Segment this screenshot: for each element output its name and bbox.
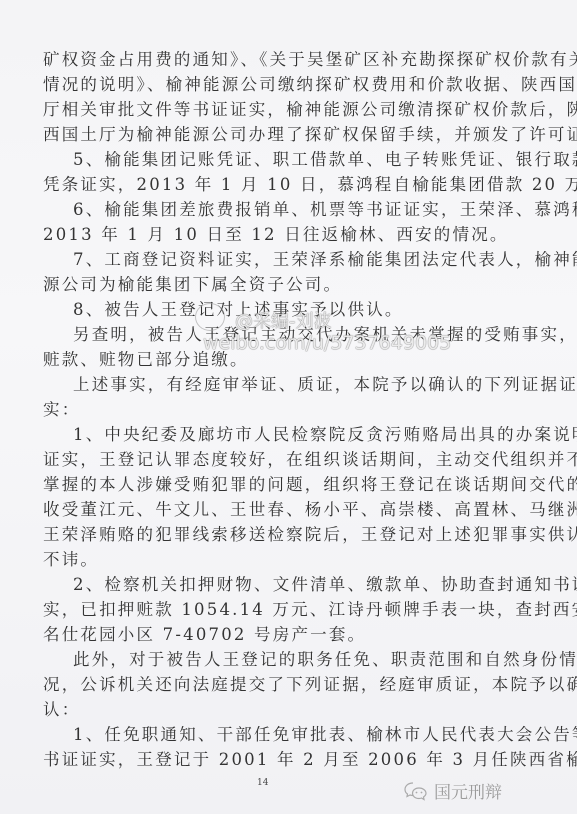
text-line: 收受董江元、牛文儿、王世春、杨小平、高崇楼、高置林、马继洲、 bbox=[43, 500, 540, 520]
footer-brand: 国元刑辩 bbox=[404, 778, 502, 803]
text-line: 书证证实，王登记于 2001 年 2 月至 2006 年 3 月任陕西省榆林市委 bbox=[43, 750, 540, 770]
text-line: 实，已扣押赃款 1054.14 万元、江诗丹顿牌手表一块，查封西安市 bbox=[43, 600, 540, 620]
text-line: 认： bbox=[43, 700, 540, 720]
text-line: 王荣泽贿赂的犯罪线索移送检察院后，王登记对上述犯罪事实供认 bbox=[43, 525, 540, 545]
text-line: 不讳。 bbox=[43, 550, 540, 570]
text-line: 7、工商登记资料证实，王荣泽系榆能集团法定代表人，榆神能 bbox=[73, 250, 540, 270]
text-line: 况，公诉机关还向法庭提交了下列证据，经庭审质证，本院予以确 bbox=[43, 675, 540, 695]
text-line: 矿权资金占用费的通知》、《关于吴堡矿区补充勘探探矿权价款有关 bbox=[43, 50, 540, 70]
watermark-weibo-handle: @采编-刘波 bbox=[235, 307, 332, 333]
document-page: 矿权资金占用费的通知》、《关于吴堡矿区补充勘探探矿权价款有关情况的说明》、榆神能… bbox=[0, 0, 577, 814]
text-line: 1、中央纪委及廊坊市人民检察院反贪污贿赂局出具的办案说明 bbox=[73, 425, 540, 445]
text-line: 情况的说明》、榆神能源公司缴纳探矿权费用和价款收据、陕西国土 bbox=[43, 75, 540, 95]
text-line: 上述事实，有经庭审举证、质证，本院予以确认的下列证据证 bbox=[73, 375, 540, 395]
text-line: 实： bbox=[43, 400, 540, 420]
text-line: 2013 年 1 月 10 日至 12 日往返榆林、西安的情况。 bbox=[43, 225, 540, 245]
text-line: 凭条证实，2013 年 1 月 10 日，慕鸿程自榆能集团借款 20 万元。 bbox=[43, 175, 540, 195]
text-line: 此外，对于被告人王登记的职务任免、职责范围和自然身份情 bbox=[73, 650, 540, 670]
text-line: 名仕花园小区 7-40702 号房产一套。 bbox=[43, 625, 540, 645]
text-line: 证实，王登记认罪态度较好，在组织谈话期间，主动交代组织并不 bbox=[43, 450, 540, 470]
text-line: 1、任免职通知、干部任免审批表、榆林市人民代表大会公告等 bbox=[73, 725, 540, 745]
text-line: 2、检察机关扣押财物、文件清单、缴款单、协助查封通知书证 bbox=[73, 575, 540, 595]
text-line: 西国土厅为榆神能源公司办理了探矿权保留手续，并颁发了许可证。 bbox=[43, 125, 540, 145]
text-line: 掌握的本人涉嫌受贿犯罪的问题，组织将王登记在谈话期间交代的 bbox=[43, 475, 540, 495]
watermark-weibo-url: weibo.com/u/5737649005 bbox=[203, 332, 451, 354]
text-line: 厅相关审批文件等书证证实，榆神能源公司缴清探矿权价款后，陕 bbox=[43, 100, 540, 120]
wechat-icon bbox=[404, 781, 428, 801]
footer-brand-label: 国元刑辩 bbox=[434, 778, 502, 803]
weibo-logo-icon bbox=[195, 303, 225, 331]
text-line: 5、榆能集团记账凭证、职工借款单、电子转账凭证、银行取款 bbox=[73, 150, 540, 170]
text-line: 源公司为榆能集团下属全资子公司。 bbox=[43, 275, 540, 295]
text-line: 6、榆能集团差旅费报销单、机票等书证证实，王荣泽、慕鸿程 bbox=[73, 200, 540, 220]
page-number: 14 bbox=[257, 778, 268, 788]
